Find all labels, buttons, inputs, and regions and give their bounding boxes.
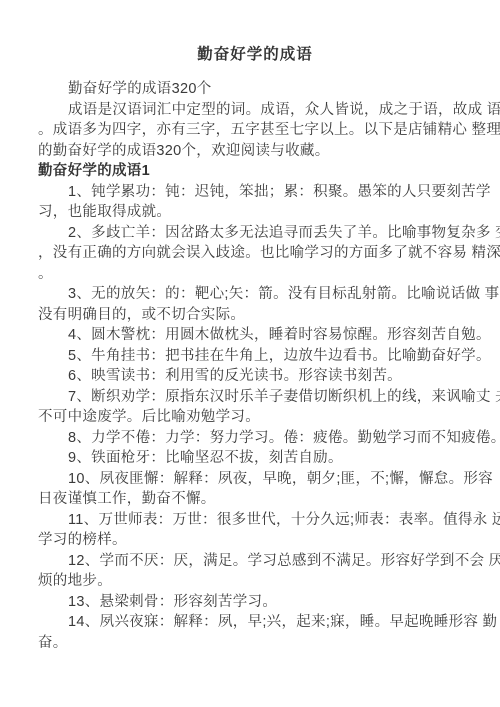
document-page: 勤奋好学的成语 勤奋好学的成语320个成语是汉语词汇中定型的词。成语，众人皆说，… bbox=[0, 0, 500, 707]
text-line: ，没有正确的方向就会误入歧途。也比喻学习的方面多了就不容易 精深 bbox=[38, 243, 472, 264]
text-line: 11、万世师表：万世：很多世代，十分久远;师表：表率。值得永 远 bbox=[38, 510, 472, 531]
text-line: 学习的榜样。 bbox=[38, 530, 472, 551]
text-line: 7、断织劝学：原指东汉时乐羊子妻借切断织机上的线，来讽喻丈 夫 bbox=[38, 387, 472, 408]
text-line: 没有明确目的，或不切合实际。 bbox=[38, 305, 472, 326]
text-line: 不可中途废学。后比喻劝勉学习。 bbox=[38, 407, 472, 428]
page-title: 勤奋好学的成语 bbox=[38, 44, 472, 66]
text-line: 9、铁面枪牙：比喻坚忍不拔，刻苦自励。 bbox=[38, 448, 472, 469]
text-line: 13、悬梁刺骨：形容刻苦学习。 bbox=[38, 592, 472, 613]
text-line: 。 bbox=[38, 264, 472, 285]
text-line: 12、学而不厌：厌，满足。学习总感到不满足。形容好学到不会 厌 bbox=[38, 551, 472, 572]
text-line: 。成语多为四字，亦有三字，五字甚至七字以上。以下是店铺精心 整理 bbox=[38, 120, 472, 141]
document-body: 勤奋好学的成语320个成语是汉语词汇中定型的词。成语，众人皆说，成之于语，故成 … bbox=[38, 79, 472, 653]
section-heading: 勤奋好学的成语1 bbox=[38, 161, 472, 182]
text-line: 习，也能取得成就。 bbox=[38, 202, 472, 223]
text-line: 8、力学不倦：力学：努力学习。倦：疲倦。勤勉学习而不知疲倦。 bbox=[38, 428, 472, 449]
text-line: 奋。 bbox=[38, 633, 472, 654]
text-line: 2、多歧亡羊：因岔路太多无法追寻而丢失了羊。比喻事物复杂多 变 bbox=[38, 223, 472, 244]
text-line: 勤奋好学的成语320个 bbox=[38, 79, 472, 100]
text-line: 日夜谨慎工作，勤奋不懈。 bbox=[38, 489, 472, 510]
text-line: 1、钝学累功：钝：迟钝，笨拙；累：积聚。愚笨的人只要刻苦学 bbox=[38, 182, 472, 203]
text-line: 14、夙兴夜寐：解释：夙，早;兴，起来;寐，睡。早起晚睡形容 勤 bbox=[38, 612, 472, 633]
text-line: 成语是汉语词汇中定型的词。成语，众人皆说，成之于语，故成 语 bbox=[38, 100, 472, 121]
text-line: 3、无的放矢：的：靶心;矢：箭。没有目标乱射箭。比喻说话做 事 bbox=[38, 284, 472, 305]
text-line: 5、牛角挂书：把书挂在牛角上，边放牛边看书。比喻勤奋好学。 bbox=[38, 346, 472, 367]
text-line: 的勤奋好学的成语320个，欢迎阅读与收藏。 bbox=[38, 141, 472, 162]
text-line: 6、映雪读书：利用雪的反光读书。形容读书刻苦。 bbox=[38, 366, 472, 387]
text-line: 10、夙夜匪懈：解释：夙夜，早晚，朝夕;匪，不;懈，懈怠。形容 bbox=[38, 469, 472, 490]
text-line: 烦的地步。 bbox=[38, 571, 472, 592]
text-line: 4、圆木警枕：用圆木做枕头，睡着时容易惊醒。形容刻苦自勉。 bbox=[38, 325, 472, 346]
